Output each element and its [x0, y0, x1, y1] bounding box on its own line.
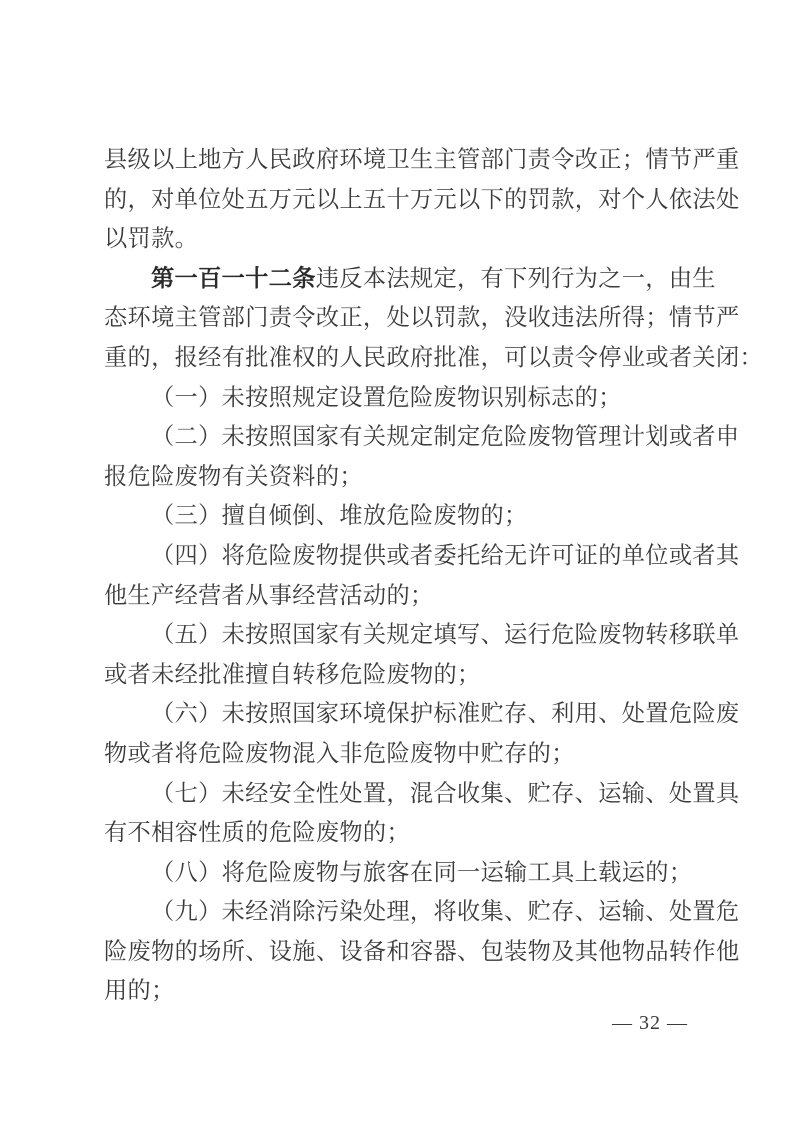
item-9-line-2: 险废物的场所、设施、设备和容器、包装物及其他物品转作他 [104, 932, 692, 972]
item-1: （一）未按照规定设置危险废物识别标志的； [104, 378, 692, 418]
item-3: （三）擅自倾倒、堆放危险废物的； [104, 496, 692, 536]
item-7-line-1: （七）未经安全性处置，混合收集、贮存、运输、处置具 [104, 774, 692, 814]
item-6-line-2: 物或者将危险废物混入非危险废物中贮存的； [104, 734, 692, 774]
item-8: （八）将危险废物与旅客在同一运输工具上载运的； [104, 853, 692, 893]
article-line-3: 重的，报经有批准权的人民政府批准，可以责令停业或者关闭： [104, 338, 692, 378]
document-body: 县级以上地方人民政府环境卫生主管部门责令改正；情节严重 的，对单位处五万元以上五… [104, 140, 692, 1011]
paragraph-line-2: 的，对单位处五万元以上五十万元以下的罚款，对个人依法处 [104, 180, 692, 220]
paragraph-line-1: 县级以上地方人民政府环境卫生主管部门责令改正；情节严重 [104, 140, 692, 180]
item-9-line-1: （九）未经消除污染处理，将收集、贮存、运输、处置危 [104, 892, 692, 932]
item-2-line-1: （二）未按照国家有关规定制定危险废物管理计划或者申 [104, 417, 692, 457]
item-4-line-1: （四）将危险废物提供或者委托给无许可证的单位或者其 [104, 536, 692, 576]
item-5-line-2: 或者未经批准擅自转移危险废物的； [104, 655, 692, 695]
item-4-line-2: 他生产经营者从事经营活动的； [104, 576, 692, 616]
page-number: — 32 — [612, 1012, 688, 1035]
item-7-line-2: 有不相容性质的危险废物的； [104, 813, 692, 853]
article-title: 第一百一十二条 [151, 259, 316, 299]
item-5-line-1: （五）未按照国家有关规定填写、运行危险废物转移联单 [104, 615, 692, 655]
article-line-2: 态环境主管部门责令改正，处以罚款，没收违法所得；情节严 [104, 298, 692, 338]
article-112-heading-line: 第一百一十二条 违反本法规定，有下列行为之一，由生 [104, 259, 692, 299]
article-text: 违反本法规定，有下列行为之一，由生 [316, 259, 716, 299]
item-6-line-1: （六）未按照国家环境保护标准贮存、利用、处置危险废 [104, 694, 692, 734]
paragraph-line-3: 以罚款。 [104, 219, 692, 259]
item-9-line-3: 用的； [104, 971, 692, 1011]
item-2-line-2: 报危险废物有关资料的； [104, 457, 692, 497]
